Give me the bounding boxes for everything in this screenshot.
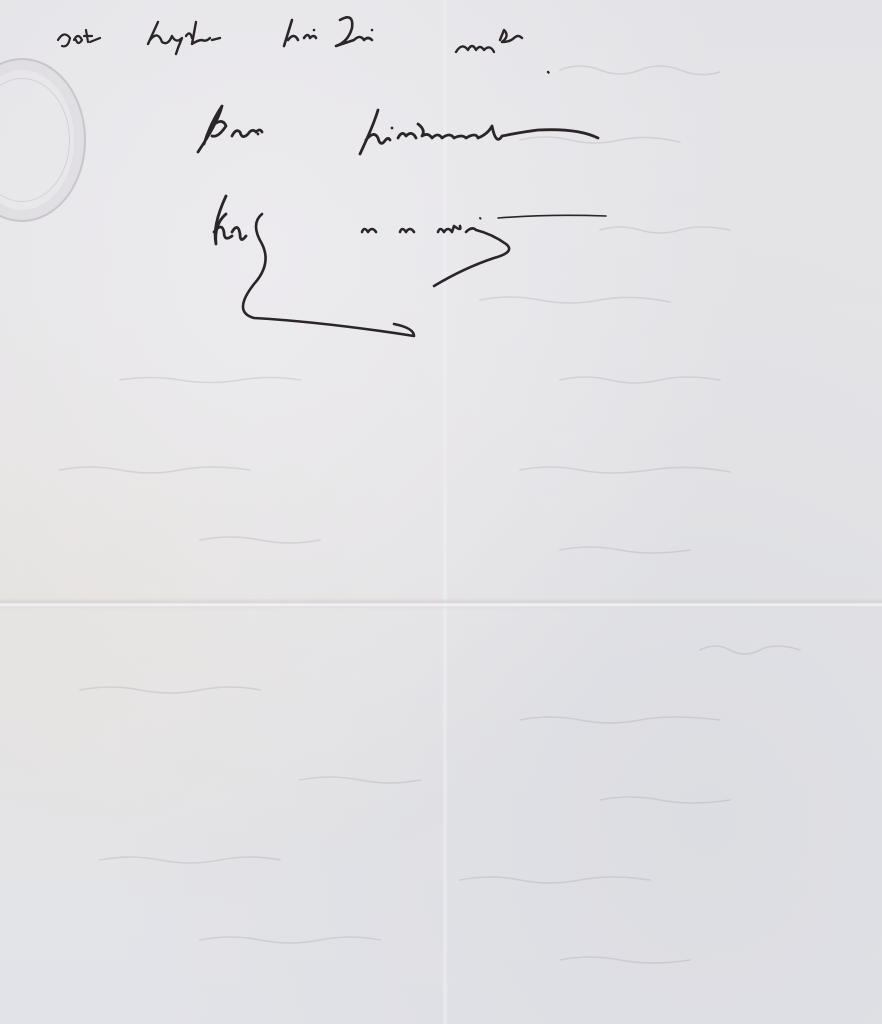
handwriting-ink <box>0 0 882 1024</box>
line-1-text: soit réglée d'ici demain encore. <box>58 22 473 52</box>
letter-page: soit réglée d'ici demain encore. Bien co… <box>0 0 882 1024</box>
closing-text: Bien cordialement <box>198 110 477 145</box>
signature-text: [signature] <box>214 200 371 233</box>
